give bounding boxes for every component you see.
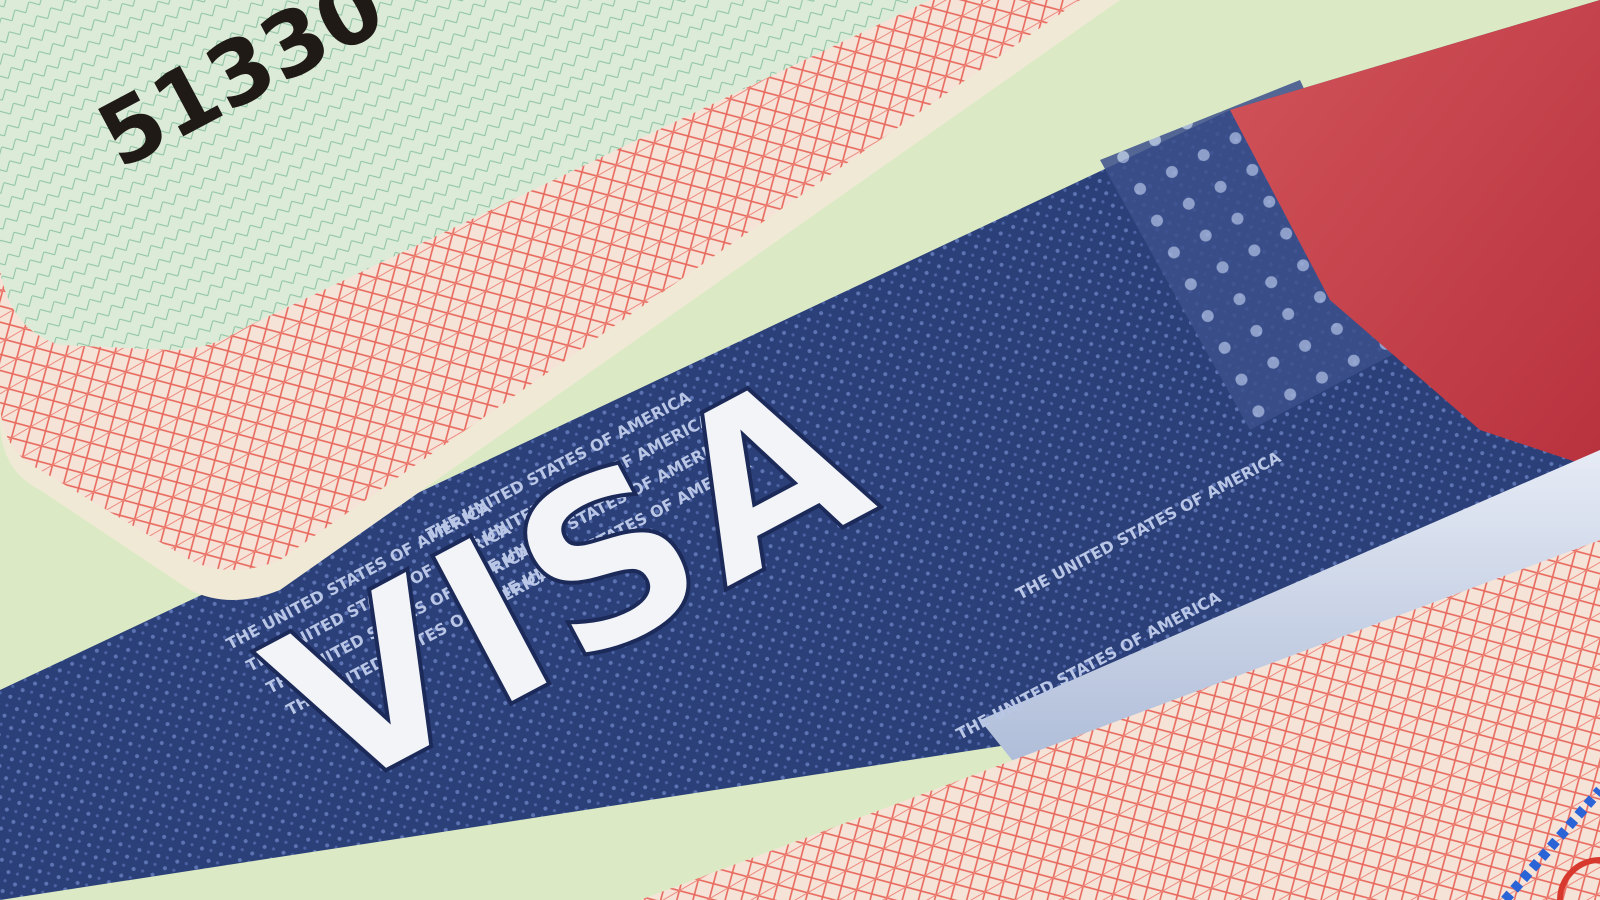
photo-canvas: 51330 THE UNITED STATES OF AMERICA THE U… bbox=[0, 0, 1600, 900]
photo-scene: 51330 THE UNITED STATES OF AMERICA THE U… bbox=[0, 0, 1600, 900]
